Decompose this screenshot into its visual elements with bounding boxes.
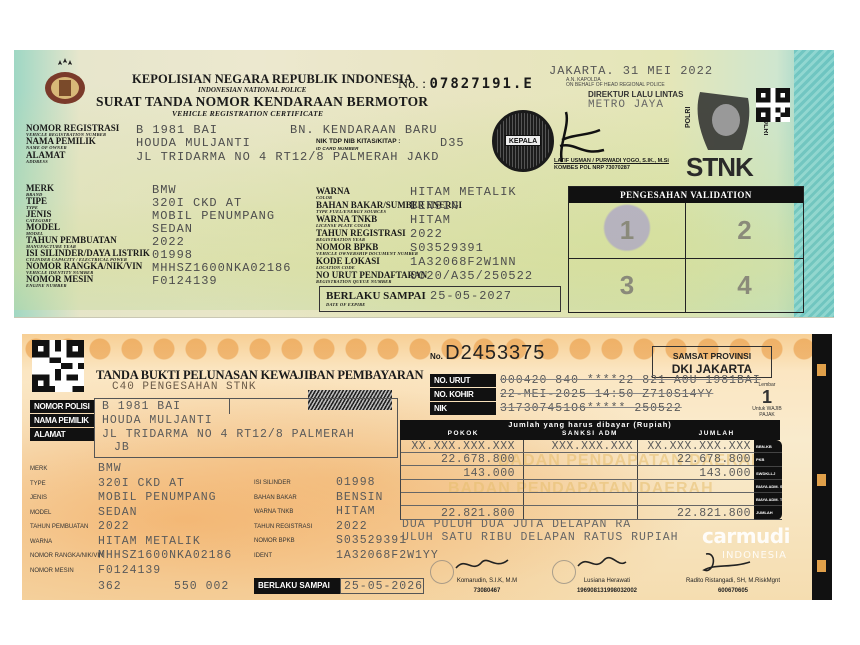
label-vehicle-ownership-document-number: NOMOR BPKBVEHICLE OWNERSHIP DOCUMENT NUM… xyxy=(316,243,418,256)
label-nomor-polisi: NOMOR POLISI xyxy=(30,400,94,413)
officials: Komarudin, S.I.K, M.M 73080467 Lusiana H… xyxy=(432,556,792,596)
value-nik: D35 xyxy=(440,136,465,150)
label-isi-silinder: ISI SILINDER xyxy=(254,479,291,487)
label-location-code: KODE LOKASILOCATION CODE xyxy=(316,257,380,270)
validation-cell-3: 3 xyxy=(569,259,686,312)
stnk-mark: STNK xyxy=(686,152,753,183)
label-nama-pemilik: NAMA PEMILIK xyxy=(30,414,94,427)
value-category: MOBIL PENUMPANG xyxy=(152,209,275,223)
label-jenis: JENIS xyxy=(30,494,47,502)
stnk-certificate: KEPOLISIAN NEGARA REPUBLIK INDONESIA IND… xyxy=(14,50,834,318)
validation-cell-2: 2 xyxy=(686,203,803,259)
value-isi-silinder: 01998 xyxy=(336,476,376,489)
qr-code-icon xyxy=(756,88,790,122)
label-alamat: ALAMAT xyxy=(30,428,94,441)
value-cylinder-capacity-electrical-power: 01998 xyxy=(152,248,193,262)
svg-text:POLRI: POLRI xyxy=(685,107,692,128)
value-registration-year: 2022 xyxy=(410,227,443,241)
document-title: SURAT TANDA NOMOR KENDARAAN BERMOTOR xyxy=(96,94,428,110)
label-expiry: BERLAKU SAMPAIDATE OF EXPIRE xyxy=(326,291,426,307)
cell-pokok: 143.000 xyxy=(401,467,515,480)
institution-title-en: INDONESIAN NATIONAL POLICE xyxy=(198,86,306,94)
serial-number: No. : 07827191.E xyxy=(398,76,534,93)
label-nomor-rangka-nik-vin: NOMOR RANGKA/NIK/VIN xyxy=(30,552,103,560)
label-color: WARNACOLOR xyxy=(316,187,350,200)
label-merk: MERK xyxy=(30,465,47,473)
label-no-kohir: NO. KOHIR xyxy=(430,388,496,401)
value-address: JL TRIDARMA NO 4 RT12/8 PALMERAH JAKD xyxy=(136,150,439,164)
label-address: ALAMATADDRESS xyxy=(26,151,65,164)
label-nik: NIK xyxy=(430,402,496,415)
value-tahun-registrasi: 2022 xyxy=(336,520,368,533)
payment-receipt: TANDA BUKTI PELUNASAN KEWAJIBAN PEMBAYAR… xyxy=(22,334,832,600)
carmudi-watermark: carmudi xyxy=(702,524,790,548)
value-location-code: 1A32068F2W1NN xyxy=(410,255,517,269)
table-row xyxy=(401,493,755,506)
value-tahun-pembuatan: 2022 xyxy=(98,520,130,533)
carmudi-watermark-sub: INDONESIA xyxy=(722,550,787,561)
cell-jumlah: XX.XXX.XXX.XXX xyxy=(637,440,751,453)
value-bahan-bakar: BENSIN xyxy=(336,491,383,504)
value-no-urut: 000420 840 ****22 821 A0U 1981BAI xyxy=(500,374,761,387)
value-type: 320I CKD AT xyxy=(98,477,185,490)
signer-rank: KOMBES POL NRP 73070287 xyxy=(554,165,630,171)
value-brand: BMW xyxy=(152,183,177,197)
value-address-line2: JB xyxy=(114,441,130,454)
label-license-plate-color: WARNA TNKBLICENSE PLATE COLOR xyxy=(316,215,377,228)
value-no-kohir: 22-MEI-2025 14:50 Z710S14YY xyxy=(500,388,713,401)
serial-prefix: No. : xyxy=(398,77,426,92)
value-nik: 317307451O6***** 250522 xyxy=(500,402,682,415)
cell-pokok: XX.XXX.XXX.XXX xyxy=(401,440,515,453)
value-owner-name: HOUDA MULJANTI xyxy=(136,136,251,150)
label-no-urut: NO. URUT xyxy=(430,374,496,387)
receipt-subtitle: C40 PENGESAHAN STNK xyxy=(112,381,256,393)
value-color: HITAM METALIK xyxy=(410,185,517,199)
label-warna: WARNA xyxy=(30,538,52,546)
value-nomor-bpkb: S03529391 xyxy=(336,534,407,547)
on-behalf: A.N. KAPOLDAON BEHALF OF HEAD REGIONAL P… xyxy=(566,78,665,88)
registration-status: BN. KENDARAAN BARU xyxy=(290,123,438,137)
label-type: TYPE xyxy=(30,480,46,488)
label-ident: IDENT xyxy=(254,552,272,560)
cell-jumlah: 143.000 xyxy=(637,467,751,480)
label-warna-tnkb: WARNA TNKB xyxy=(254,508,293,516)
cell-sanksi: XXX.XXX.XXX xyxy=(523,440,633,453)
value-type: 320I CKD AT xyxy=(152,196,242,210)
cell-pokok: 22.678.800 xyxy=(401,453,515,466)
value-manufacture-year: 2022 xyxy=(152,235,185,249)
value-alamat: JL TRIDARMA NO 4 RT12/8 PALMERAH xyxy=(102,428,355,441)
column-pokok: POKOK xyxy=(400,429,527,439)
payment-type-label: SWDKLLJ xyxy=(754,467,782,480)
label-tahun-registrasi: TAHUN REGISTRASI xyxy=(254,523,312,531)
expiry-box: BERLAKU SAMPAIDATE OF EXPIRE 25-05-2027 xyxy=(319,286,561,312)
value-merk: BMW xyxy=(98,462,122,475)
value-engine-number: F0124139 xyxy=(152,274,218,288)
signature-icon xyxy=(452,550,512,576)
value-registration-queue-number: 0020/A35/250522 xyxy=(410,269,533,283)
label-tahun-pembuatan: TAHUN PEMBUATAN xyxy=(30,523,88,531)
label-bahan-bakar: BAHAN BAKAR xyxy=(254,494,297,502)
payment-type-label: BIAYA ADM. STNK xyxy=(754,480,782,493)
payment-type-label: JUMLAH xyxy=(754,506,782,519)
institution-title: KEPOLISIAN NEGARA REPUBLIK INDONESIA xyxy=(132,72,413,87)
payment-type-label: BIAYA ADM. TNKB xyxy=(754,493,782,506)
table-row xyxy=(401,480,755,493)
issue-place-date: JAKARTA. 31 MEI 2022 xyxy=(549,64,713,78)
copy-indicator: Lembar 1 Untuk WAJIB PAJAK xyxy=(744,382,790,418)
value-nama-pemilik: HOUDA MULJANTI xyxy=(102,414,213,427)
director-title: DIREKTUR LALU LINTAS xyxy=(588,90,683,99)
qr-code-icon xyxy=(32,340,84,392)
label-engine-number: NOMOR MESINENGINE NUMBER xyxy=(26,275,93,288)
validation-cell-4: 4 xyxy=(686,259,803,312)
security-bar xyxy=(812,334,832,600)
cell-jumlah: 22.678.800 xyxy=(637,453,751,466)
value-ident: 1A32068F2W1YY xyxy=(336,549,439,562)
value-type-fuel-energy-sources: BENSIN xyxy=(410,199,459,213)
signer-name: LATIF USMAN / PURWADI YOGO, S.IK., M.Si xyxy=(554,158,669,164)
label-nomor-mesin: NOMOR MESIN xyxy=(30,567,74,575)
label-registration-year: TAHUN REGISTRASIREGISTRATION YEAR xyxy=(316,229,406,242)
police-emblem-icon xyxy=(40,58,90,106)
signature-icon xyxy=(572,550,632,576)
value-warna: HITAM METALIK xyxy=(98,535,201,548)
value-vehicle-ownership-document-number: S03529391 xyxy=(410,241,484,255)
label-model: MODEL xyxy=(30,509,51,517)
label-nik: NIK TDP NIB KITAS/KITAP :ID CARD NUMBER xyxy=(316,138,400,151)
value-nomor-mesin: F0124139 xyxy=(98,564,161,577)
official-stamp: KEPALA xyxy=(492,110,554,172)
payment-type-label: BBN-KB xyxy=(754,440,782,453)
value-warna-tnkb: HITAM xyxy=(336,505,376,518)
value-vehicle-identity-number: MHHSZ1600NKA02186 xyxy=(152,261,291,275)
value-model: SEDAN xyxy=(98,506,138,519)
serial-value: 07827191.E xyxy=(430,76,534,92)
validation-cell-1: 1 xyxy=(569,203,686,259)
document-title-en: VEHICLE REGISTRATION CERTIFICATE xyxy=(172,109,323,118)
validation-header: PENGESAHAN VALIDATION xyxy=(569,187,803,203)
column-sanksi: SANKSI ADM xyxy=(527,429,654,439)
code-2: 550 002 xyxy=(174,580,229,593)
value-expiry: 25-05-2026 xyxy=(344,580,423,593)
label-owner-name: NAMA PEMILIKNAME OF OWNER xyxy=(26,137,96,150)
amount-in-words: DUA PULUH DUA JUTA DELAPAN RA ULUH SATU … xyxy=(402,518,679,544)
payment-type-labels: BBN-KBPKBSWDKLLJBIAYA ADM. STNKBIAYA ADM… xyxy=(754,440,782,520)
value-nomor-polisi: B 1981 BAI xyxy=(102,400,181,413)
label-expiry: BERLAKU SAMPAI xyxy=(254,578,340,594)
column-jumlah: JUMLAH xyxy=(653,429,780,439)
value-expiry: 25-05-2027 xyxy=(430,289,512,303)
receipt-number: No. D2453375 xyxy=(430,342,545,365)
value-license-plate-color: HITAM xyxy=(410,213,451,227)
label-nomor-bpkb: NOMOR BPKB xyxy=(254,537,295,545)
payment-header: Jumlah yang harus dibayar (Rupiah) POKOK… xyxy=(400,420,780,440)
code-1: 362 xyxy=(98,580,122,593)
value-jenis: MOBIL PENUMPANG xyxy=(98,491,217,504)
value-model: SEDAN xyxy=(152,222,193,236)
value-registration-number: B 1981 BAI xyxy=(136,123,218,137)
validation-table: PENGESAHAN VALIDATION 1 2 3 4 xyxy=(568,186,804,313)
payment-table: XX.XXX.XXX.XXXXXX.XXX.XXXXX.XXX.XXX.XXX2… xyxy=(400,440,754,520)
payment-type-label: PKB xyxy=(754,453,782,466)
value-nomor-rangka-nik-vin: MHHSZ1600NKA02186 xyxy=(98,549,232,562)
